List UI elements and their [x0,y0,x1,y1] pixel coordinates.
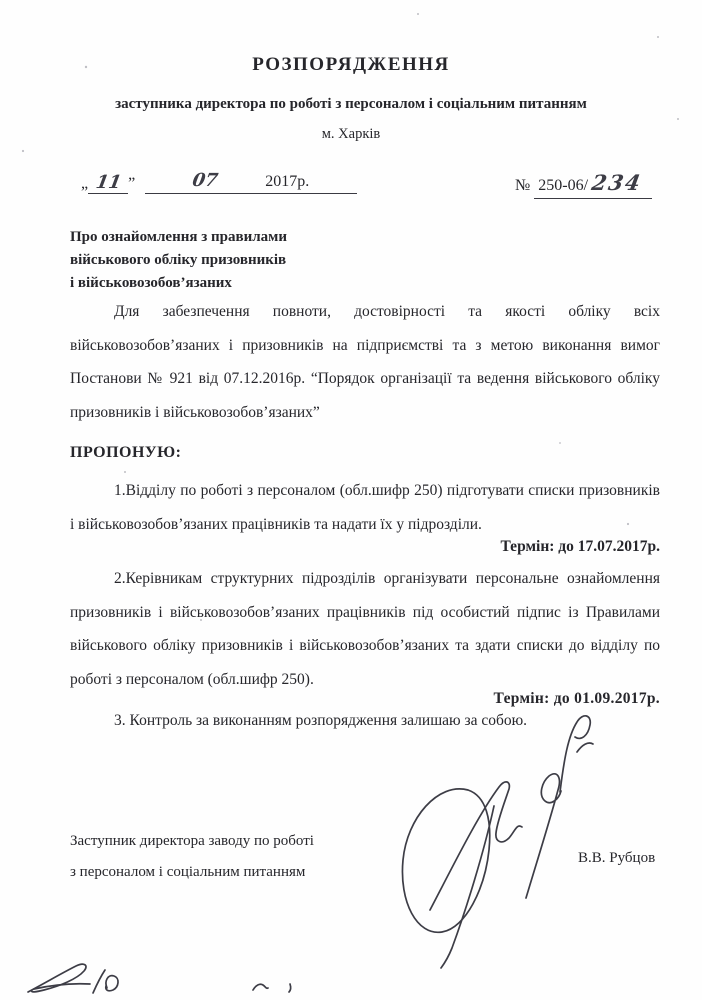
signer-name: В.В. Рубцов [578,850,655,867]
handwritten-day: 11 [94,173,123,193]
document-number: № 250-06/ 234 [515,172,652,199]
signature-flourish-icon [526,716,593,898]
order-item-2: 2.Керівникам структурних підрозділів орг… [70,562,660,696]
bottom-handwriting-icon [28,964,291,993]
open-quote: „ [81,175,88,192]
signer-position-title: Заступник директора заводу по роботі з п… [70,826,390,888]
signature-handwriting-icon [402,782,522,968]
document-city: м. Харків [0,126,702,143]
printed-year: 2017р. [265,173,309,190]
date-day-blank: 11 [88,172,128,194]
document-title: РОЗПОРЯДЖЕННЯ [0,54,702,76]
deadline-1: Термін: до 17.07.2017р. [70,538,660,556]
order-item-3: 3. Контроль за виконанням розпорядження … [70,704,660,738]
subject-block: Про ознайомлення з правилами військового… [70,226,490,295]
order-item-1: 1.Відділу по роботі з персоналом (обл.ши… [70,474,660,541]
propose-label: ПРОПОНУЮ: [70,444,182,462]
handwritten-month: 07 [143,170,267,192]
number-printed: 250-06/ [538,177,588,194]
document-subtitle: заступника директора по роботі з персона… [0,96,702,113]
preamble-paragraph: Для забезпечення повноти, достовірності … [70,295,660,429]
handwritten-number: 234 [590,172,644,194]
date-line: „11”072017р. [81,170,357,194]
date-month-year-blank: 072017р. [145,170,357,194]
close-quote: ” [128,175,135,192]
number-value: 250-06/ 234 [534,172,652,199]
number-sign: № [515,177,530,194]
scanned-document-page: РОЗПОРЯДЖЕННЯ заступника директора по ро… [0,0,702,1000]
